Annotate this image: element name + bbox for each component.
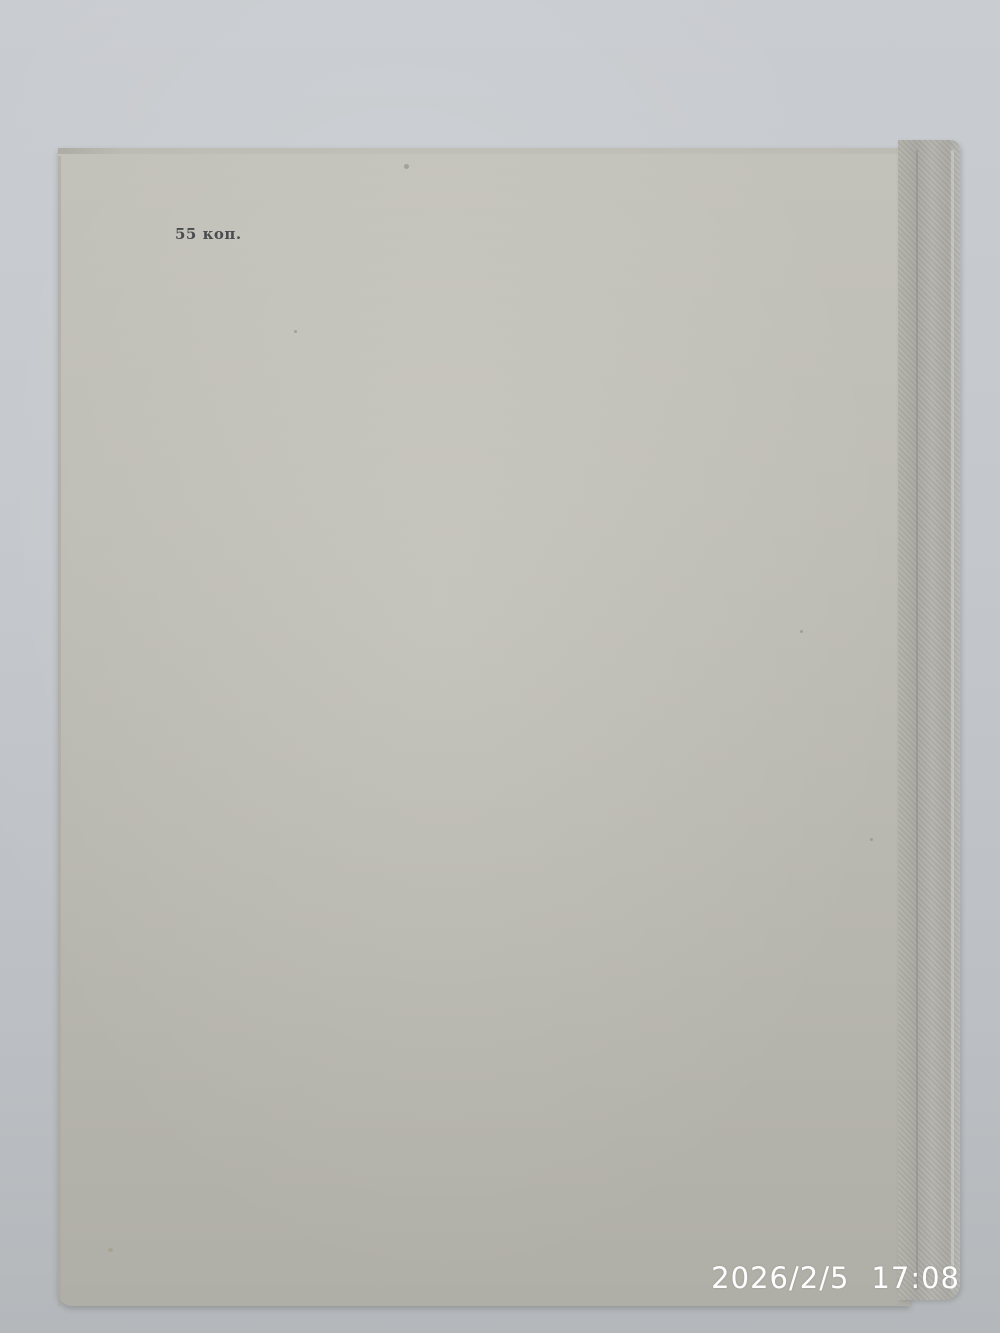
timestamp-date: 2026/2/5 (711, 1261, 849, 1295)
book: 55 коп. (58, 140, 968, 1306)
price-label: 55 коп. (175, 225, 242, 243)
timestamp-time: 17:08 (871, 1261, 960, 1295)
book-back-cover: 55 коп. (58, 148, 910, 1306)
cover-speck (108, 1248, 113, 1252)
book-spine (898, 140, 960, 1300)
cover-left-edge (58, 156, 61, 1306)
cover-speck (404, 164, 409, 169)
spine-groove (916, 150, 918, 1290)
spine-highlight (951, 150, 954, 1290)
cover-top-edge (58, 148, 910, 154)
cover-speck (294, 330, 297, 333)
camera-timestamp: 2026/2/517:08 (711, 1261, 960, 1295)
cover-speck (870, 838, 873, 841)
cover-speck (800, 630, 803, 633)
